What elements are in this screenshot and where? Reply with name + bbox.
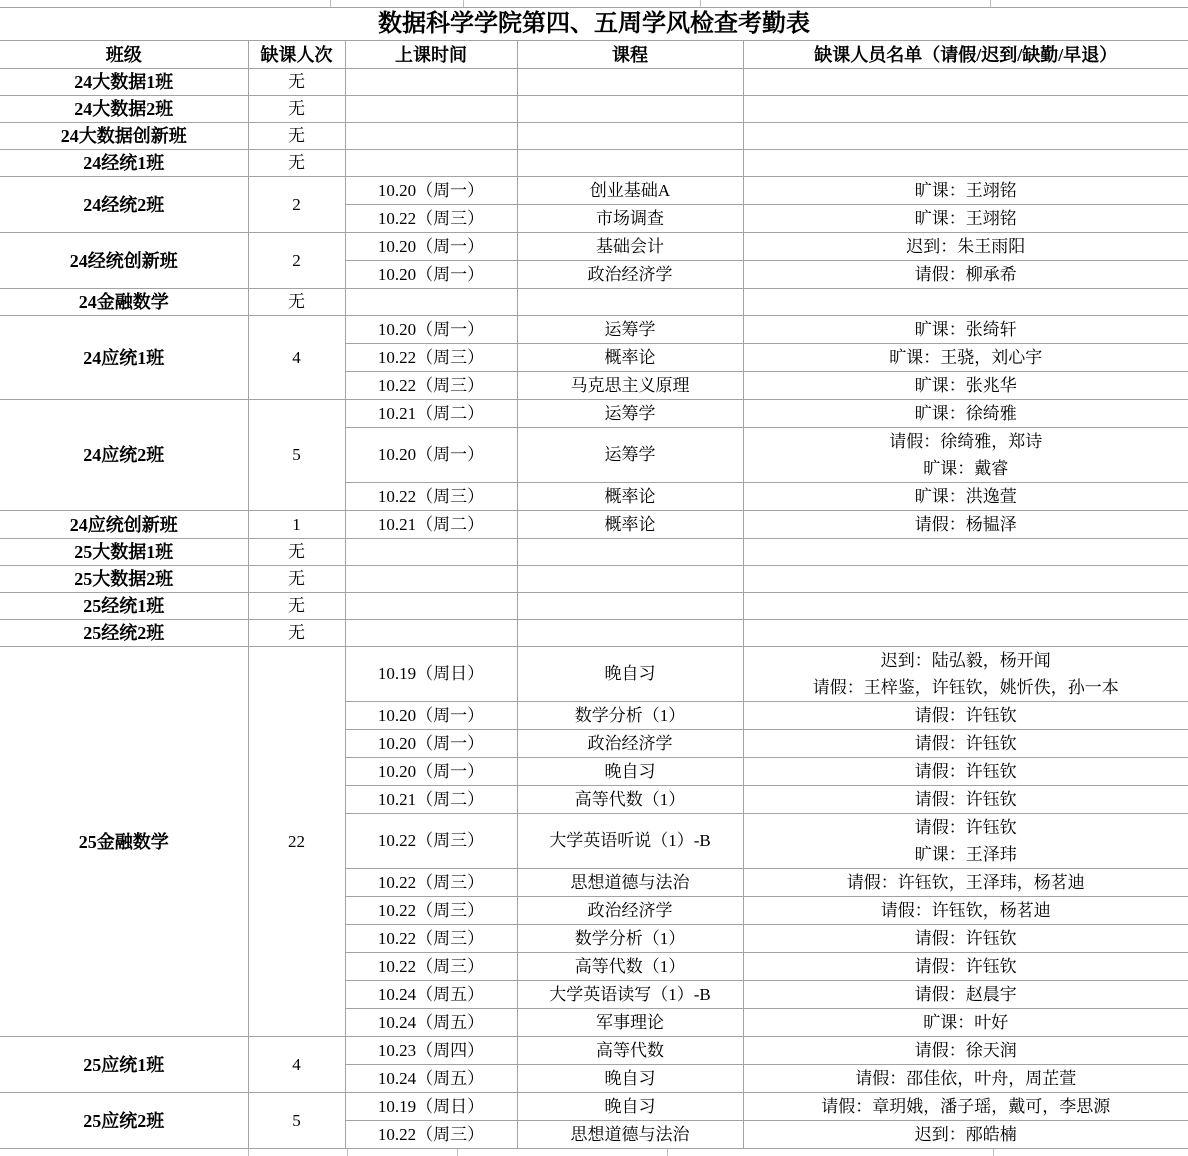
- class-cell: 25应统2班: [0, 1093, 248, 1149]
- names-line: 旷课：王骁，刘心宇: [744, 344, 1188, 371]
- table-title: 数据科学学院第四、五周学风检查考勤表: [0, 8, 1188, 41]
- course-cell: 政治经济学: [517, 730, 743, 758]
- course-cell: 思想道德与法治: [517, 869, 743, 897]
- entry-row: 24应统1班410.20（周一）运筹学旷课：张绮轩: [0, 316, 1188, 344]
- time-cell: 10.22（周三）: [345, 953, 517, 981]
- names-line: 旷课：王泽玮: [744, 841, 1188, 868]
- entry-row: 25大数据2班无: [0, 566, 1188, 593]
- names-cell: 请假：柳承希: [743, 261, 1188, 289]
- names-cell: 迟到：朱王雨阳: [743, 233, 1188, 261]
- entry-row: 25应统2班510.19（周日）晚自习请假：章玥娥，潘子瑶，戴可，李思源: [0, 1093, 1188, 1121]
- names-line: 旷课：戴睿: [744, 455, 1188, 482]
- entry-row: 24大数据1班无: [0, 69, 1188, 96]
- names-cell: 旷课：王翊铭: [743, 205, 1188, 233]
- names-cell: 旷课：张绮轩: [743, 316, 1188, 344]
- count-cell: 4: [248, 316, 345, 400]
- gridline-tick: [248, 1149, 249, 1156]
- header-row: 班级缺课人次上课时间课程缺课人员名单（请假/迟到/缺勤/早退）: [0, 41, 1188, 69]
- course-cell: 高等代数: [517, 1037, 743, 1065]
- time-cell: [345, 69, 517, 96]
- names-line: 旷课：王翊铭: [744, 205, 1188, 232]
- course-cell: 晚自习: [517, 1065, 743, 1093]
- names-line: 请假：许钰钦，王泽玮，杨茗迪: [744, 869, 1188, 896]
- names-cell: 请假：许钰钦: [743, 758, 1188, 786]
- attendance-table: 数据科学学院第四、五周学风检查考勤表 班级缺课人次上课时间课程缺课人员名单（请假…: [0, 8, 1188, 1149]
- names-line: 迟到：邴皓楠: [744, 1121, 1188, 1148]
- course-cell: 运筹学: [517, 400, 743, 428]
- time-cell: 10.21（周二）: [345, 786, 517, 814]
- count-cell: 无: [248, 150, 345, 177]
- course-cell: 概率论: [517, 344, 743, 372]
- count-cell: 无: [248, 620, 345, 647]
- time-cell: 10.22（周三）: [345, 814, 517, 869]
- gridline-tick: [990, 0, 991, 7]
- names-line: 请假：许钰钦: [744, 758, 1188, 785]
- names-line: 请假：许钰钦，杨茗迪: [744, 897, 1188, 924]
- entry-row: 25金融数学2210.19（周日）晚自习迟到：陆弘毅，杨开闻请假：王梓鉴，许钰钦…: [0, 647, 1188, 702]
- names-cell: 请假：许钰钦: [743, 786, 1188, 814]
- entry-row: 25经统1班无: [0, 593, 1188, 620]
- time-cell: [345, 539, 517, 566]
- entry-row: 24经统2班210.20（周一）创业基础A旷课：王翊铭: [0, 177, 1188, 205]
- entry-row: 25经统2班无: [0, 620, 1188, 647]
- names-cell: 请假：徐天润: [743, 1037, 1188, 1065]
- time-cell: [345, 96, 517, 123]
- names-line: 旷课：徐绮雅: [744, 400, 1188, 427]
- names-line: 请假：许钰钦: [744, 730, 1188, 757]
- time-cell: [345, 620, 517, 647]
- time-cell: 10.22（周三）: [345, 897, 517, 925]
- names-line: 请假：许钰钦: [744, 786, 1188, 813]
- table-body: 24大数据1班无24大数据2班无24大数据创新班无24经统1班无24经统2班21…: [0, 69, 1188, 1149]
- names-line: 请假：徐天润: [744, 1037, 1188, 1064]
- time-cell: 10.22（周三）: [345, 925, 517, 953]
- names-line: 请假：徐绮雅，郑诗: [744, 428, 1188, 455]
- column-header: 缺课人次: [248, 41, 345, 69]
- course-cell: [517, 123, 743, 150]
- names-cell: 旷课：王翊铭: [743, 177, 1188, 205]
- names-line: 请假：王梓鉴，许钰钦，姚忻佚，孙一本: [744, 674, 1188, 701]
- course-cell: 市场调查: [517, 205, 743, 233]
- count-cell: 无: [248, 69, 345, 96]
- entry-row: 25应统1班410.23（周四）高等代数请假：徐天润: [0, 1037, 1188, 1065]
- course-cell: 思想道德与法治: [517, 1121, 743, 1149]
- class-cell: 24经统2班: [0, 177, 248, 233]
- time-cell: 10.20（周一）: [345, 702, 517, 730]
- time-cell: 10.24（周五）: [345, 981, 517, 1009]
- course-cell: [517, 96, 743, 123]
- names-cell: 旷课：洪逸萱: [743, 483, 1188, 511]
- course-cell: 数学分析（1）: [517, 702, 743, 730]
- course-cell: [517, 566, 743, 593]
- names-cell: [743, 123, 1188, 150]
- time-cell: 10.21（周二）: [345, 511, 517, 539]
- course-cell: [517, 620, 743, 647]
- names-line: 请假：杨韫泽: [744, 511, 1188, 538]
- names-line: 请假：许钰钦: [744, 953, 1188, 980]
- time-cell: 10.24（周五）: [345, 1065, 517, 1093]
- attendance-sheet: 数据科学学院第四、五周学风检查考勤表 班级缺课人次上课时间课程缺课人员名单（请假…: [0, 0, 1188, 1156]
- gridline-tick: [457, 1149, 458, 1156]
- class-cell: 24应统2班: [0, 400, 248, 511]
- time-cell: 10.21（周二）: [345, 400, 517, 428]
- names-cell: 迟到：邴皓楠: [743, 1121, 1188, 1149]
- time-cell: 10.22（周三）: [345, 372, 517, 400]
- time-cell: 10.24（周五）: [345, 1009, 517, 1037]
- entry-row: 24应统2班510.21（周二）运筹学旷课：徐绮雅: [0, 400, 1188, 428]
- course-cell: 晚自习: [517, 647, 743, 702]
- entry-row: 24大数据创新班无: [0, 123, 1188, 150]
- count-cell: 无: [248, 123, 345, 150]
- class-cell: 25大数据2班: [0, 566, 248, 593]
- class-cell: 25金融数学: [0, 647, 248, 1037]
- time-cell: [345, 123, 517, 150]
- names-line: 请假：许钰钦: [744, 925, 1188, 952]
- names-cell: 请假：许钰钦: [743, 730, 1188, 758]
- count-cell: 无: [248, 289, 345, 316]
- names-cell: [743, 593, 1188, 620]
- names-cell: 迟到：陆弘毅，杨开闻请假：王梓鉴，许钰钦，姚忻佚，孙一本: [743, 647, 1188, 702]
- course-cell: 基础会计: [517, 233, 743, 261]
- time-cell: 10.20（周一）: [345, 233, 517, 261]
- course-cell: 数学分析（1）: [517, 925, 743, 953]
- course-cell: 晚自习: [517, 1093, 743, 1121]
- names-line: 请假：柳承希: [744, 261, 1188, 288]
- column-header: 缺课人员名单（请假/迟到/缺勤/早退）: [743, 41, 1188, 69]
- course-cell: [517, 539, 743, 566]
- names-line: 请假：许钰钦: [744, 814, 1188, 841]
- names-line: 旷课：王翊铭: [744, 177, 1188, 204]
- names-cell: 请假：许钰钦，杨茗迪: [743, 897, 1188, 925]
- course-cell: 高等代数（1）: [517, 786, 743, 814]
- course-cell: [517, 69, 743, 96]
- time-cell: 10.20（周一）: [345, 177, 517, 205]
- class-cell: 25经统2班: [0, 620, 248, 647]
- names-cell: 请假：许钰钦: [743, 953, 1188, 981]
- time-cell: 10.20（周一）: [345, 428, 517, 483]
- names-cell: [743, 566, 1188, 593]
- entry-row: 24应统创新班110.21（周二）概率论请假：杨韫泽: [0, 511, 1188, 539]
- entry-row: 24大数据2班无: [0, 96, 1188, 123]
- class-cell: 25经统1班: [0, 593, 248, 620]
- time-cell: 10.19（周日）: [345, 1093, 517, 1121]
- course-cell: 政治经济学: [517, 897, 743, 925]
- time-cell: [345, 289, 517, 316]
- names-cell: 请假：杨韫泽: [743, 511, 1188, 539]
- names-line: 旷课：张兆华: [744, 372, 1188, 399]
- course-cell: 运筹学: [517, 316, 743, 344]
- names-line: 旷课：叶好: [744, 1009, 1188, 1036]
- class-cell: 24应统1班: [0, 316, 248, 400]
- entry-row: 24经统1班无: [0, 150, 1188, 177]
- course-cell: [517, 150, 743, 177]
- course-cell: 军事理论: [517, 1009, 743, 1037]
- time-cell: 10.22（周三）: [345, 869, 517, 897]
- names-cell: [743, 150, 1188, 177]
- title-row: 数据科学学院第四、五周学风检查考勤表: [0, 8, 1188, 41]
- time-cell: [345, 566, 517, 593]
- column-header: 课程: [517, 41, 743, 69]
- course-cell: 概率论: [517, 511, 743, 539]
- count-cell: 无: [248, 539, 345, 566]
- count-cell: 22: [248, 647, 345, 1037]
- count-cell: 5: [248, 1093, 345, 1149]
- time-cell: 10.19（周日）: [345, 647, 517, 702]
- names-cell: 请假：章玥娥，潘子瑶，戴可，李思源: [743, 1093, 1188, 1121]
- count-cell: 无: [248, 96, 345, 123]
- count-cell: 2: [248, 177, 345, 233]
- class-cell: 24大数据2班: [0, 96, 248, 123]
- time-cell: 10.22（周三）: [345, 344, 517, 372]
- class-cell: 24经统1班: [0, 150, 248, 177]
- course-cell: 政治经济学: [517, 261, 743, 289]
- names-cell: [743, 289, 1188, 316]
- course-cell: 大学英语听说（1）-B: [517, 814, 743, 869]
- time-cell: 10.20（周一）: [345, 316, 517, 344]
- entry-row: 25大数据1班无: [0, 539, 1188, 566]
- names-cell: 旷课：叶好: [743, 1009, 1188, 1037]
- names-cell: 请假：许钰钦旷课：王泽玮: [743, 814, 1188, 869]
- class-cell: 25大数据1班: [0, 539, 248, 566]
- time-cell: 10.22（周三）: [345, 1121, 517, 1149]
- gridline-tick: [463, 0, 464, 7]
- course-cell: 概率论: [517, 483, 743, 511]
- entry-row: 24经统创新班210.20（周一）基础会计迟到：朱王雨阳: [0, 233, 1188, 261]
- gridline-tick: [667, 1149, 668, 1156]
- names-line: 迟到：朱王雨阳: [744, 233, 1188, 260]
- names-cell: 请假：许钰钦: [743, 702, 1188, 730]
- course-cell: 运筹学: [517, 428, 743, 483]
- column-header: 班级: [0, 41, 248, 69]
- course-cell: 高等代数（1）: [517, 953, 743, 981]
- time-cell: 10.22（周三）: [345, 205, 517, 233]
- names-cell: 旷课：王骁，刘心宇: [743, 344, 1188, 372]
- names-line: 请假：许钰钦: [744, 702, 1188, 729]
- time-cell: 10.20（周一）: [345, 730, 517, 758]
- gridline-tick: [347, 1149, 348, 1156]
- course-cell: 大学英语读写（1）-B: [517, 981, 743, 1009]
- course-cell: 马克思主义原理: [517, 372, 743, 400]
- names-line: 请假：邵佳依，叶舟，周芷萱: [744, 1065, 1188, 1092]
- names-cell: [743, 620, 1188, 647]
- names-line: 旷课：洪逸萱: [744, 483, 1188, 510]
- names-cell: 旷课：徐绮雅: [743, 400, 1188, 428]
- entry-row: 24金融数学无: [0, 289, 1188, 316]
- count-cell: 1: [248, 511, 345, 539]
- names-cell: 请假：邵佳依，叶舟，周芷萱: [743, 1065, 1188, 1093]
- names-cell: [743, 69, 1188, 96]
- sheet-top-gridlines: [0, 0, 1188, 8]
- time-cell: 10.20（周一）: [345, 261, 517, 289]
- names-cell: 请假：许钰钦，王泽玮，杨茗迪: [743, 869, 1188, 897]
- names-cell: [743, 96, 1188, 123]
- column-header: 上课时间: [345, 41, 517, 69]
- class-cell: 24经统创新班: [0, 233, 248, 289]
- count-cell: 2: [248, 233, 345, 289]
- course-cell: [517, 289, 743, 316]
- class-cell: 24金融数学: [0, 289, 248, 316]
- class-cell: 24应统创新班: [0, 511, 248, 539]
- course-cell: [517, 593, 743, 620]
- class-cell: 24大数据1班: [0, 69, 248, 96]
- names-line: 迟到：陆弘毅，杨开闻: [744, 647, 1188, 674]
- count-cell: 无: [248, 566, 345, 593]
- class-cell: 25应统1班: [0, 1037, 248, 1093]
- names-cell: 请假：赵晨宇: [743, 981, 1188, 1009]
- names-line: 请假：赵晨宇: [744, 981, 1188, 1008]
- time-cell: 10.22（周三）: [345, 483, 517, 511]
- time-cell: [345, 150, 517, 177]
- names-line: 请假：章玥娥，潘子瑶，戴可，李思源: [744, 1093, 1188, 1120]
- gridline-tick: [330, 0, 331, 7]
- names-cell: 旷课：张兆华: [743, 372, 1188, 400]
- names-line: 旷课：张绮轩: [744, 316, 1188, 343]
- class-cell: 24大数据创新班: [0, 123, 248, 150]
- gridline-tick: [700, 0, 701, 7]
- time-cell: 10.20（周一）: [345, 758, 517, 786]
- sheet-bottom-gridlines: [0, 1149, 1188, 1156]
- names-cell: [743, 539, 1188, 566]
- time-cell: 10.23（周四）: [345, 1037, 517, 1065]
- course-cell: 晚自习: [517, 758, 743, 786]
- count-cell: 5: [248, 400, 345, 511]
- count-cell: 无: [248, 593, 345, 620]
- time-cell: [345, 593, 517, 620]
- count-cell: 4: [248, 1037, 345, 1093]
- course-cell: 创业基础A: [517, 177, 743, 205]
- names-cell: 请假：徐绮雅，郑诗旷课：戴睿: [743, 428, 1188, 483]
- gridline-tick: [993, 1149, 994, 1156]
- names-cell: 请假：许钰钦: [743, 925, 1188, 953]
